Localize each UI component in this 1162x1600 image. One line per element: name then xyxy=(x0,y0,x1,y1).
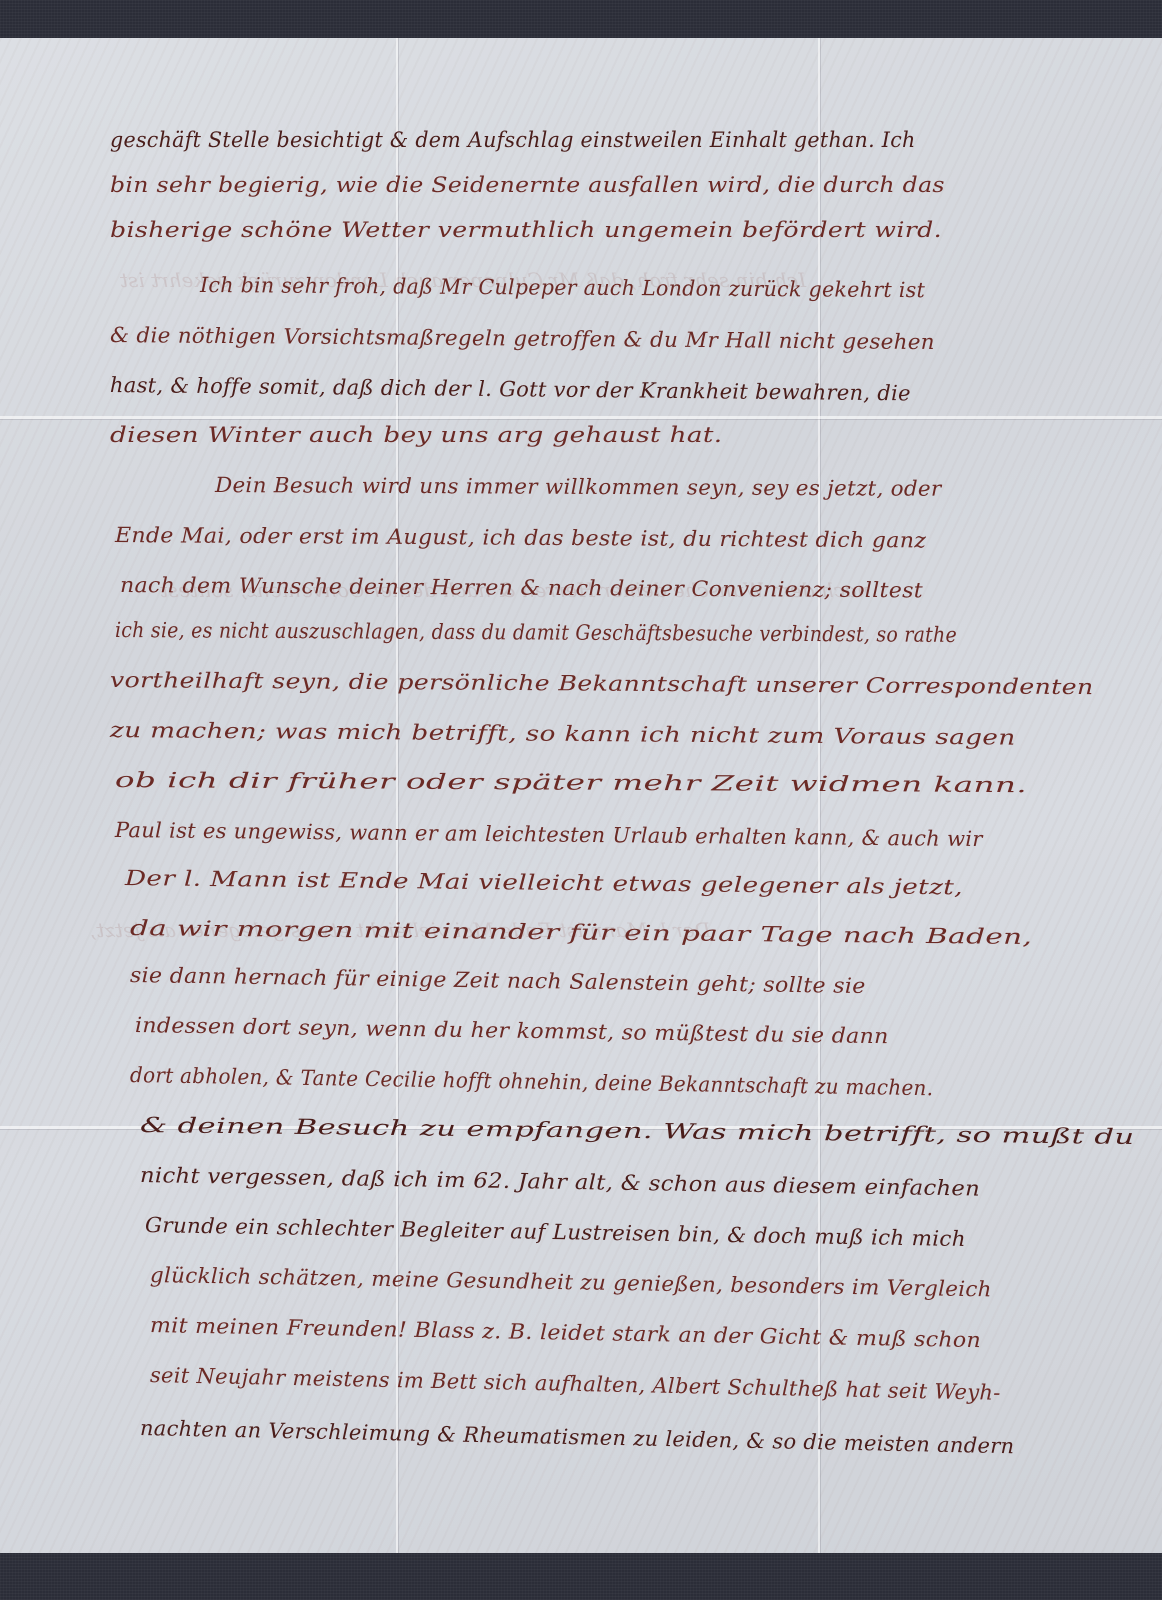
fold-crease-horizontal-top xyxy=(0,416,1162,419)
letter-line-19: indessen dort seyn, wenn du her kommst, … xyxy=(135,1013,889,1048)
letter-line-23: Grunde ein schlechter Begleiter auf Lust… xyxy=(145,1213,966,1251)
letter-line-7: diesen Winter auch bey uns arg gehaust h… xyxy=(110,423,723,447)
letter-line-8: Dein Besuch wird uns immer willkommen se… xyxy=(215,473,942,501)
letter-line-13: zu machen; was mich betrifft, so kann ic… xyxy=(110,718,1016,750)
letter-line-25: mit meinen Freunden! Blass z. B. leidet … xyxy=(150,1313,982,1352)
letter-line-15: Paul ist es ungewiss, wann er am leichte… xyxy=(115,818,983,851)
letter-line-22: nicht vergessen, daß ich im 62. Jahr alt… xyxy=(140,1163,981,1201)
letter-line-6: hast, & hoffe somit, daß dich der l. Got… xyxy=(110,373,911,405)
letter-line-4: Ich bin sehr froh, daß Mr Culpeper auch … xyxy=(200,273,925,302)
letter-page: Ich bin sehr froh, daß Mr Culpeper auch … xyxy=(0,38,1162,1553)
letter-line-18: sie dann hernach für einige Zeit nach Sa… xyxy=(130,963,866,998)
letter-line-5: & die nöthigen Vorsichtsmaßregeln getrof… xyxy=(110,323,935,354)
letter-line-27: nachten an Verschleimung & Rheumatismen … xyxy=(140,1416,1015,1458)
letter-line-24: glücklich schätzen, meine Gesundheit zu … xyxy=(150,1263,992,1301)
letter-line-9: Ende Mai, oder erst im August, ich das b… xyxy=(115,523,926,552)
letter-line-2: bin sehr begierig, wie die Seidenernte a… xyxy=(110,173,945,197)
letter-line-16: Der l. Mann ist Ende Mai vielleicht etwa… xyxy=(125,866,963,899)
letter-line-21: & deinen Besuch zu empfangen. Was mich b… xyxy=(140,1113,1135,1149)
letter-line-11: ich sie, es nicht auszuschlagen, dass du… xyxy=(115,618,957,647)
letter-line-12: vortheilhaft seyn, die persönliche Bekan… xyxy=(110,668,1094,699)
letter-line-26: seit Neujahr meistens im Bett sich aufha… xyxy=(150,1363,1001,1405)
letter-line-1: geschäft Stelle besichtigt & dem Aufschl… xyxy=(110,128,916,152)
letter-line-14: ob ich dir früher oder später mehr Zeit … xyxy=(115,768,1028,797)
letter-line-3: bisherige schöne Wetter vermuthlich unge… xyxy=(110,218,942,242)
letter-line-20: dort abholen, & Tante Cecilie hofft ohne… xyxy=(130,1063,934,1100)
letter-line-17: da wir morgen mit einander für ein paar … xyxy=(130,916,1033,949)
